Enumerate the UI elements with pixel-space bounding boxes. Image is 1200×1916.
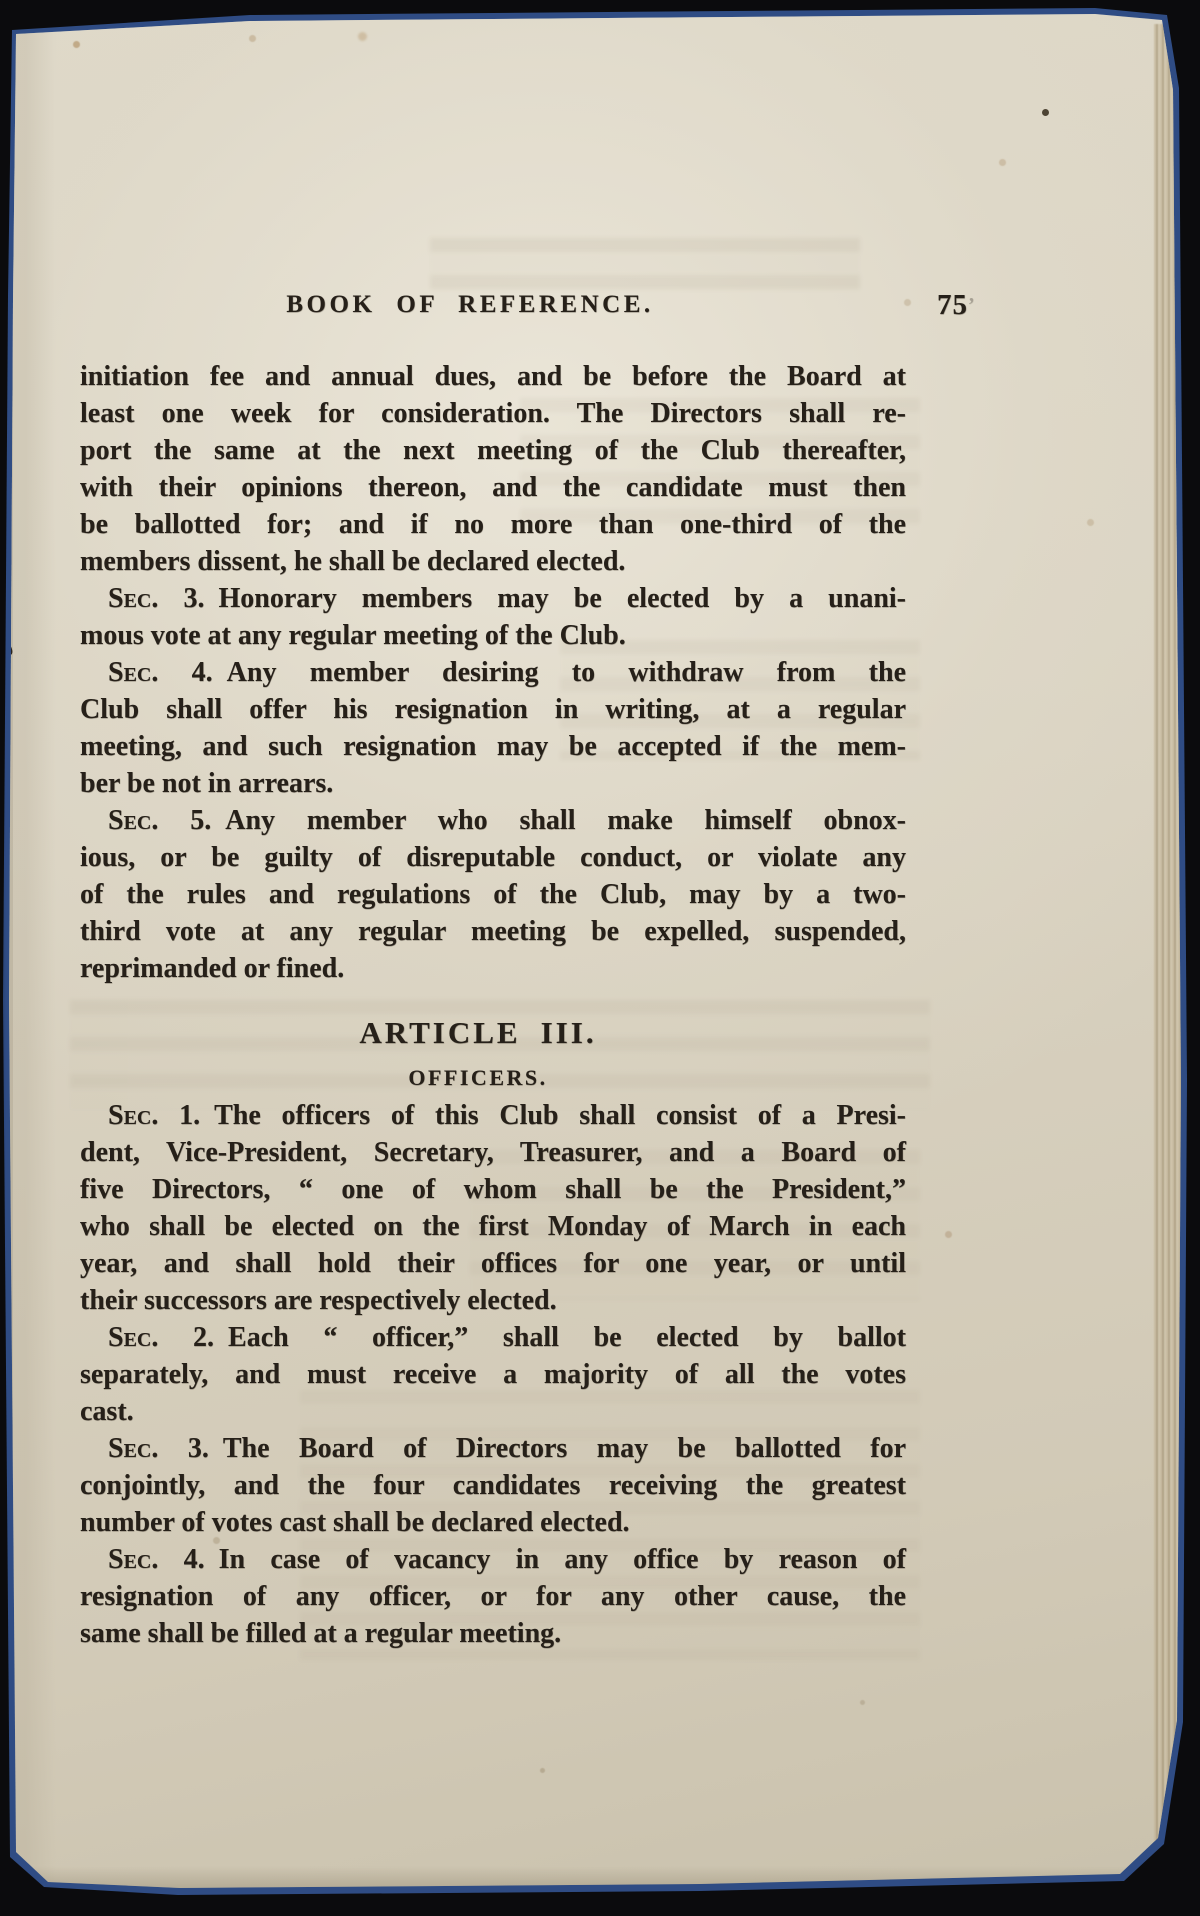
paragraph: Sec. 1.The officers of this Club shall c… <box>80 1097 906 1319</box>
text-line: reprimanded or fined. <box>80 950 906 987</box>
scanned-book-photo: BOOK OF REFERENCE. 75 initiation fee and… <box>0 0 1200 1916</box>
text-line: Sec. 1.The officers of this Club shall c… <box>80 1097 906 1134</box>
text-line: be ballotted for; and if no more than on… <box>80 506 906 543</box>
section-label: Sec. 4. <box>108 1544 205 1575</box>
text-line: Sec. 4.Any member desiring to withdraw f… <box>80 654 906 691</box>
text-line: Sec. 3.Honorary members may be elected b… <box>80 580 906 617</box>
text-line: ber be not in arrears. <box>80 765 906 802</box>
text-line: who shall be elected on the first Monday… <box>80 1208 906 1245</box>
text-line: Sec. 4.In case of vacancy in any office … <box>80 1541 906 1578</box>
page-header: BOOK OF REFERENCE. 75 <box>80 285 906 325</box>
text-line: year, and shall hold their offices for o… <box>80 1245 906 1282</box>
section-subheading: OFFICERS. <box>65 1063 891 1093</box>
bleedthrough-smudge <box>430 238 860 290</box>
text-line: Club shall offer his resignation in writ… <box>80 691 906 728</box>
text-line: Sec. 2.Each “ officer,” shall be elected… <box>80 1319 906 1356</box>
text-line: cast. <box>80 1393 906 1430</box>
text-line: Sec. 3.The Board of Directors may be bal… <box>80 1430 906 1467</box>
text-line: Sec. 5.Any member who shall make himself… <box>80 802 906 839</box>
section-label: Sec. 3. <box>108 1433 209 1464</box>
text-line: of the rules and regulations of the Club… <box>80 876 906 913</box>
text-line: initiation fee and annual dues, and be b… <box>80 358 906 395</box>
paragraph: Sec. 3.The Board of Directors may be bal… <box>80 1430 906 1541</box>
paragraph: initiation fee and annual dues, and be b… <box>80 358 906 580</box>
paragraph: Sec. 4.In case of vacancy in any office … <box>80 1541 906 1652</box>
page-body: initiation fee and annual dues, and be b… <box>80 358 906 1652</box>
text-line: number of votes cast shall be declared e… <box>80 1504 906 1541</box>
section-label: Sec. 2. <box>108 1322 214 1353</box>
section-label: Sec. 5. <box>108 805 211 836</box>
book-page: BOOK OF REFERENCE. 75 initiation fee and… <box>0 0 1200 1916</box>
paragraph: Sec. 3.Honorary members may be elected b… <box>80 580 906 654</box>
running-title: BOOK OF REFERENCE. <box>57 285 883 325</box>
page-content: BOOK OF REFERENCE. 75 initiation fee and… <box>80 285 906 1652</box>
text-line: dent, Vice-President, Secretary, Treasur… <box>80 1134 906 1171</box>
text-line: resignation of any officer, or for any o… <box>80 1578 906 1615</box>
text-line: their successors are respectively electe… <box>80 1282 906 1319</box>
paragraph: Sec. 5.Any member who shall make himself… <box>80 802 906 987</box>
paper-stains <box>0 0 5 5</box>
page-number: 75 <box>937 285 976 325</box>
text-line: conjointly, and the four candidates rece… <box>80 1467 906 1504</box>
text-line: members dissent, he shall be declared el… <box>80 543 906 580</box>
text-line: same shall be filled at a regular meetin… <box>80 1615 906 1652</box>
text-line: ious, or be guilty of disreputable condu… <box>80 839 906 876</box>
section-label: Sec. 4. <box>108 657 213 688</box>
paragraph: Sec. 4.Any member desiring to withdraw f… <box>80 654 906 802</box>
section-label: Sec. 3. <box>108 583 204 614</box>
text-line: least one week for consideration. The Di… <box>80 395 906 432</box>
text-line: mous vote at any regular meeting of the … <box>80 617 906 654</box>
article-heading: ARTICLE III. <box>65 1012 891 1054</box>
section-label: Sec. 1. <box>108 1100 200 1131</box>
paragraph: Sec. 2.Each “ officer,” shall be elected… <box>80 1319 906 1430</box>
text-line: five Directors, “ one of whom shall be t… <box>80 1171 906 1208</box>
text-line: meeting, and such resignation may be acc… <box>80 728 906 765</box>
text-line: separately, and must receive a majority … <box>80 1356 906 1393</box>
stray-ink-mark <box>0 1714 4 1726</box>
text-line: with their opinions thereon, and the can… <box>80 469 906 506</box>
text-line: port the same at the next meeting of the… <box>80 432 906 469</box>
text-line: third vote at any regular meeting be exp… <box>80 913 906 950</box>
